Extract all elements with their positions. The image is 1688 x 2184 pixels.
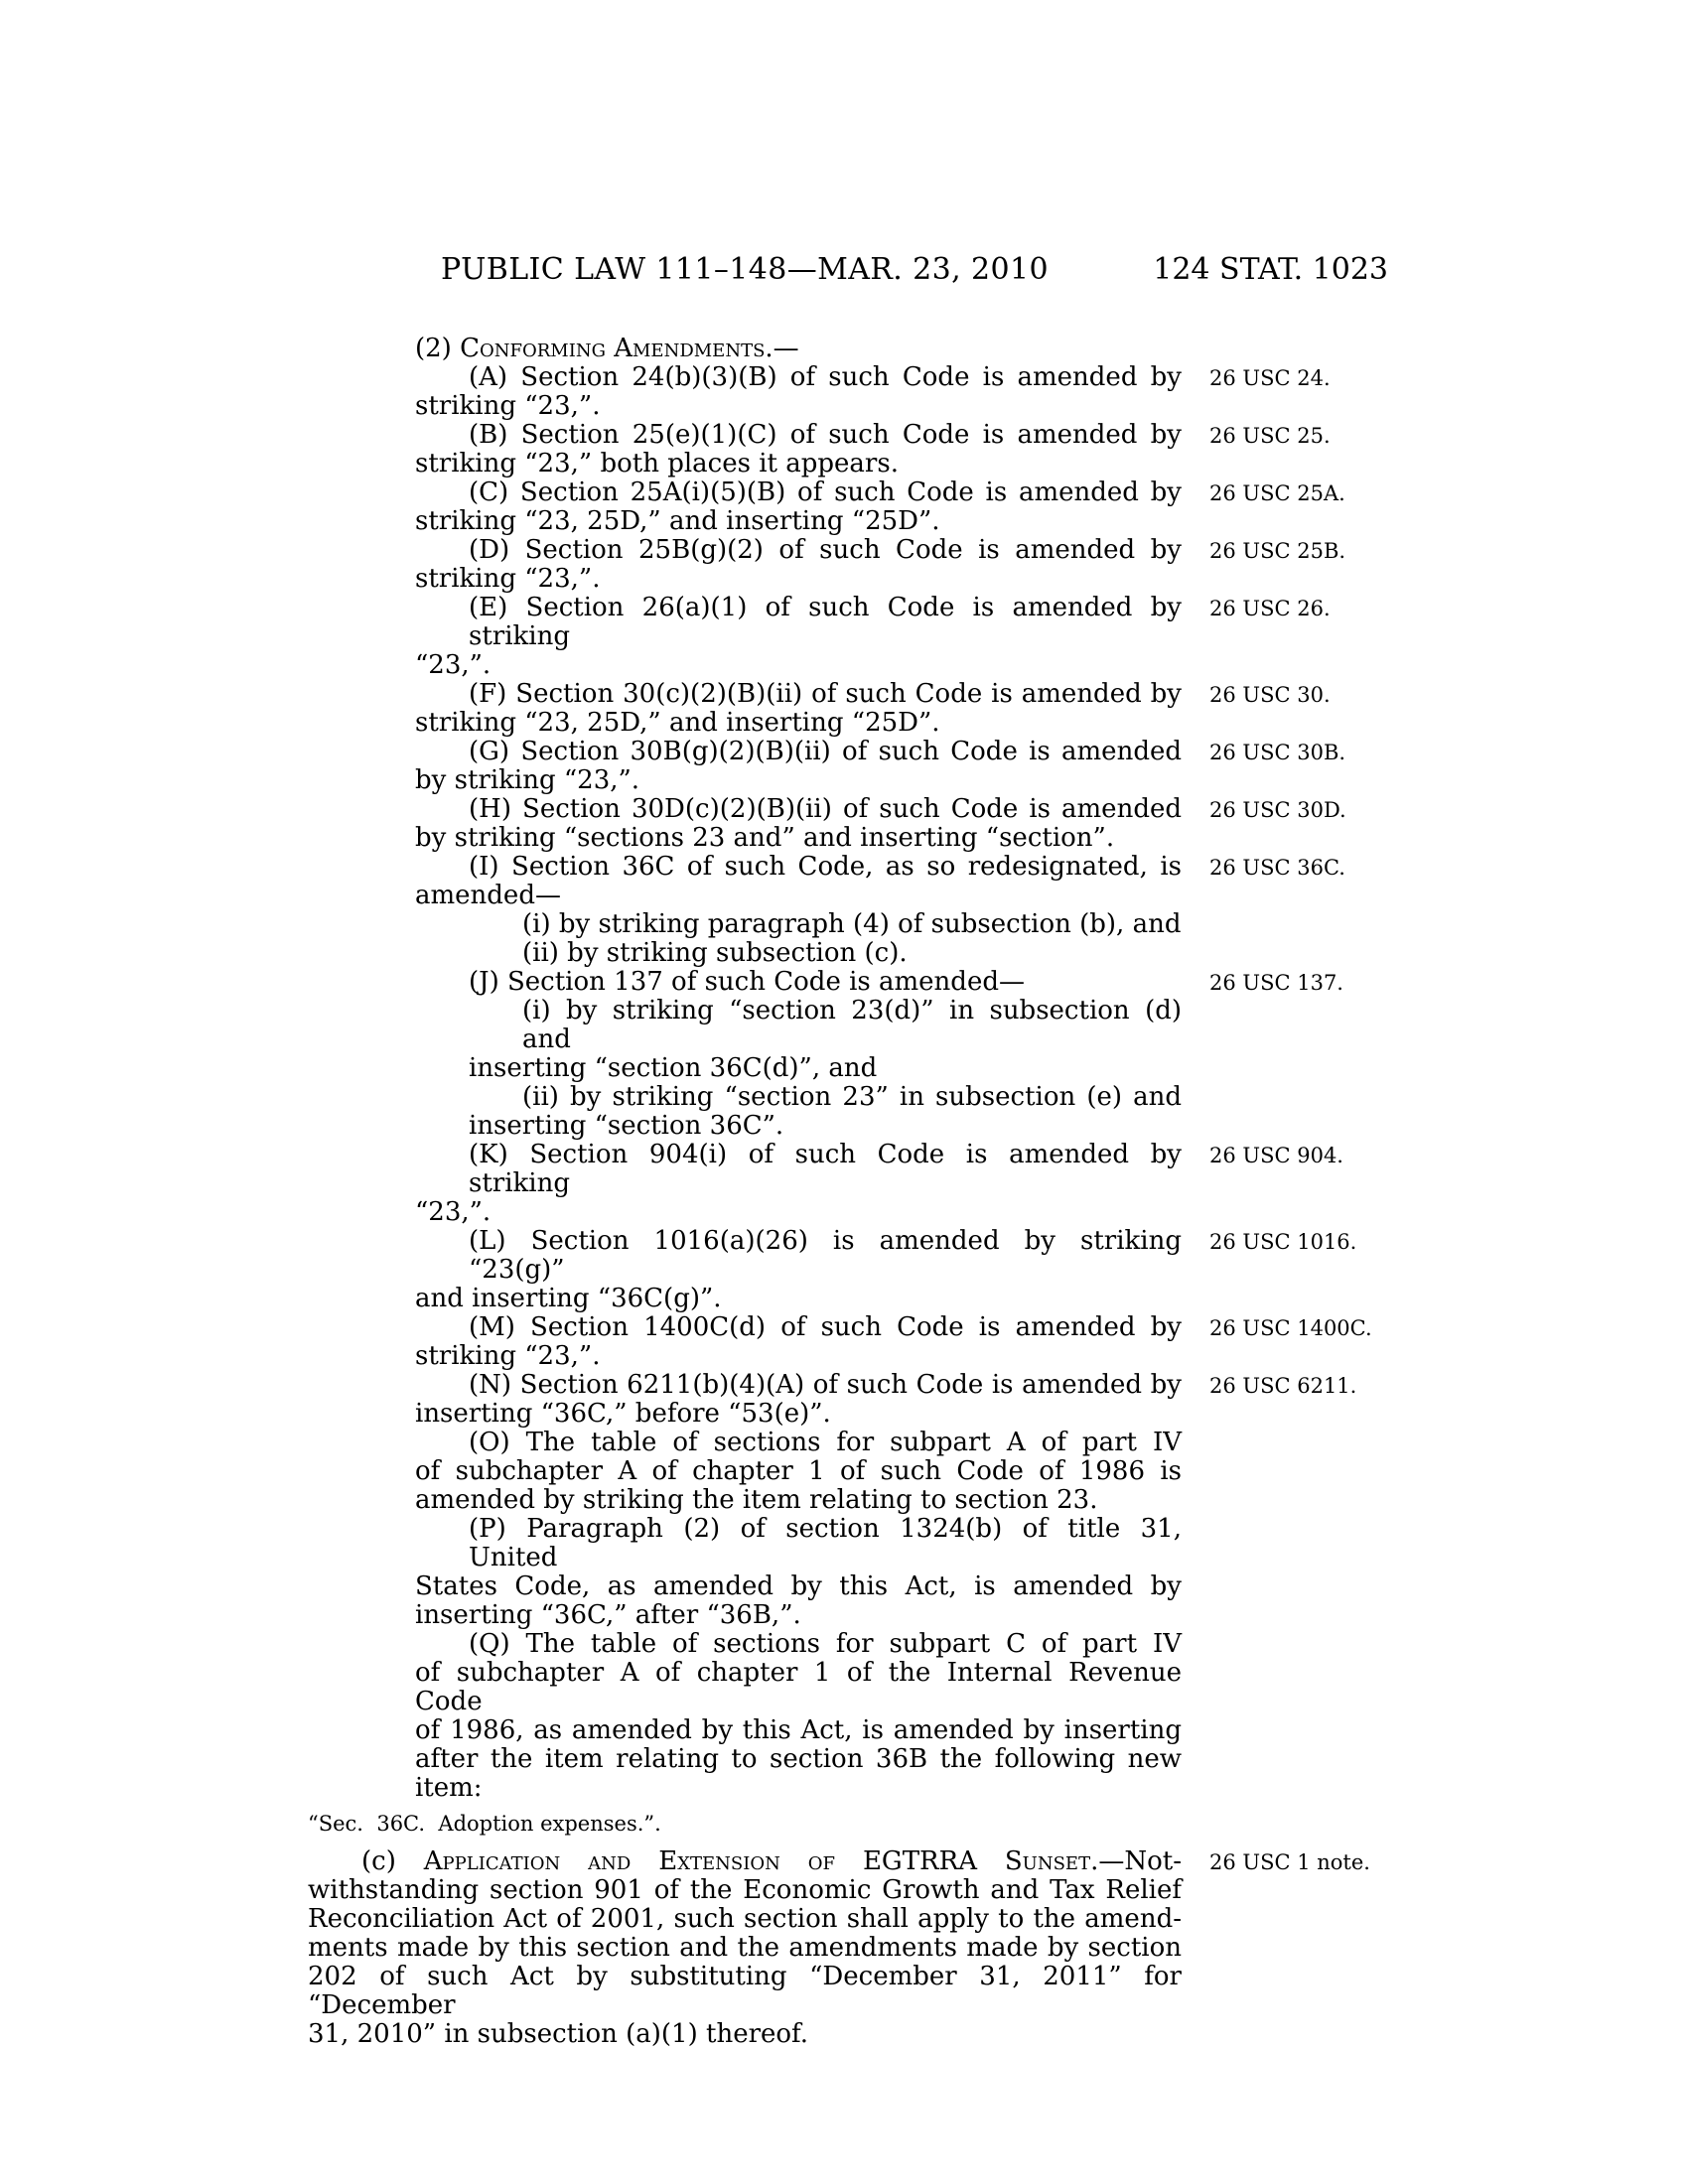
text-run: Reconciliation Act of 2001, such section… bbox=[308, 1904, 1182, 1934]
text-run: of 1986, as amended by this Act, is amen… bbox=[415, 1715, 1182, 1745]
text-run: (2) bbox=[415, 334, 460, 363]
text-run: (c) bbox=[361, 1846, 424, 1876]
margin-note: 26 USC 30. bbox=[1209, 684, 1331, 707]
text-run: by striking “sections 23 and” and insert… bbox=[415, 823, 1114, 853]
margin-note: 26 USC 25B. bbox=[1209, 540, 1345, 563]
text-run: (G) Section 30B(g)(2)(B)(ii) of such Cod… bbox=[469, 737, 1182, 766]
text-line: by striking “sections 23 and” and insert… bbox=[415, 824, 1182, 853]
text-run: (C) Section 25A(i)(5)(B) of such Code is… bbox=[469, 478, 1182, 507]
text-line: inserting “36C,” before “53(e)”. bbox=[415, 1400, 1182, 1429]
text-line: striking “23,”. bbox=[415, 1342, 1182, 1371]
text-run: amended— bbox=[415, 881, 561, 910]
margin-note: 26 USC 25A. bbox=[1209, 482, 1345, 505]
text-run: (H) Section 30D(c)(2)(B)(ii) of such Cod… bbox=[469, 794, 1182, 824]
text-line: striking “23,” both places it appears. bbox=[415, 450, 1182, 478]
text-line: (I) Section 36C of such Code, as so rede… bbox=[469, 853, 1182, 882]
text-line: of 1986, as amended by this Act, is amen… bbox=[415, 1716, 1182, 1745]
text-run: after the item relating to section 36B t… bbox=[415, 1744, 1182, 1774]
text-run: “Sec. 36C. Adoption expenses.”. bbox=[308, 1812, 661, 1836]
text-line: striking “23, 25D,” and inserting “25D”. bbox=[415, 507, 1182, 536]
text-run: “23,”. bbox=[415, 1197, 491, 1227]
margin-note: 26 USC 25. bbox=[1209, 425, 1331, 448]
text-run: (ii) by striking subsection (c). bbox=[522, 938, 908, 968]
text-line: of subchapter A of chapter 1 of the Inte… bbox=[415, 1659, 1182, 1716]
text-run: (P) Paragraph (2) of section 1324(b) of … bbox=[469, 1514, 1182, 1572]
text-run: (B) Section 25(e)(1)(C) of such Code is … bbox=[469, 420, 1182, 450]
text-run: striking “23,”. bbox=[415, 1341, 600, 1371]
text-line: (L) Section 1016(a)(26) is amended by st… bbox=[469, 1227, 1182, 1285]
text-run: (K) Section 904(i) of such Code is amend… bbox=[469, 1140, 1182, 1198]
margin-note: 26 USC 24. bbox=[1209, 367, 1331, 390]
small-caps-run: Conforming Amendments.— bbox=[460, 334, 799, 363]
margin-note: 26 USC 1016. bbox=[1209, 1231, 1356, 1254]
text-line: (C) Section 25A(i)(5)(B) of such Code is… bbox=[469, 478, 1182, 507]
text-run: inserting “36C,” before “53(e)”. bbox=[415, 1399, 831, 1429]
text-line: striking “23, 25D,” and inserting “25D”. bbox=[415, 709, 1182, 738]
text-line: inserting “section 36C(d)”, and bbox=[469, 1054, 1182, 1083]
text-line: (i) by striking paragraph (4) of subsect… bbox=[522, 910, 1182, 939]
text-line: (ii) by striking subsection (c). bbox=[522, 939, 1182, 968]
margin-note: 26 USC 1 note. bbox=[1209, 1851, 1370, 1874]
text-line: (c) Application and Extension of EGTRRA … bbox=[361, 1847, 1182, 1876]
text-line: striking “23,”. bbox=[415, 565, 1182, 594]
text-run: amended by striking the item relating to… bbox=[415, 1485, 1097, 1515]
text-line: ments made by this section and the amend… bbox=[308, 1934, 1182, 1963]
text-line: inserting “36C,” after “36B,”. bbox=[415, 1601, 1182, 1630]
text-run: of subchapter A of chapter 1 of such Cod… bbox=[415, 1456, 1182, 1486]
small-caps-run: Application and Extension of EGTRRA Suns… bbox=[424, 1846, 1125, 1876]
text-run: (i) by striking “section 23(d)” in subse… bbox=[522, 996, 1182, 1054]
text-line: (O) The table of sections for subpart A … bbox=[469, 1429, 1182, 1457]
text-line: (A) Section 24(b)(3)(B) of such Code is … bbox=[469, 363, 1182, 392]
margin-note: 26 USC 6211. bbox=[1209, 1375, 1356, 1398]
text-line: 202 of such Act by substituting “Decembe… bbox=[308, 1963, 1182, 2020]
text-line: after the item relating to section 36B t… bbox=[415, 1745, 1182, 1774]
text-run: ments made by this section and the amend… bbox=[308, 1933, 1182, 1963]
text-run: striking “23, 25D,” and inserting “25D”. bbox=[415, 708, 940, 738]
text-line: (K) Section 904(i) of such Code is amend… bbox=[469, 1141, 1182, 1198]
text-run: (N) Section 6211(b)(4)(A) of such Code i… bbox=[469, 1370, 1182, 1400]
margin-note: 26 USC 904. bbox=[1209, 1145, 1343, 1167]
text-run: (M) Section 1400C(d) of such Code is ame… bbox=[469, 1312, 1182, 1342]
text-run: (F) Section 30(c)(2)(B)(ii) of such Code… bbox=[469, 679, 1182, 709]
text-line: amended by striking the item relating to… bbox=[415, 1486, 1182, 1515]
text-run: (A) Section 24(b)(3)(B) of such Code is … bbox=[469, 362, 1182, 392]
text-line: (G) Section 30B(g)(2)(B)(ii) of such Cod… bbox=[469, 738, 1182, 766]
text-line: striking “23,”. bbox=[415, 392, 1182, 421]
text-run: item: bbox=[415, 1773, 483, 1803]
text-line: of subchapter A of chapter 1 of such Cod… bbox=[415, 1457, 1182, 1486]
text-run: by striking “23,”. bbox=[415, 765, 639, 795]
text-line: “23,”. bbox=[415, 1198, 1182, 1227]
text-run: Not- bbox=[1124, 1846, 1182, 1876]
text-line: (N) Section 6211(b)(4)(A) of such Code i… bbox=[469, 1371, 1182, 1400]
text-line: (i) by striking “section 23(d)” in subse… bbox=[522, 997, 1182, 1054]
text-line: (E) Section 26(a)(1) of such Code is ame… bbox=[469, 594, 1182, 651]
text-line: (F) Section 30(c)(2)(B)(ii) of such Code… bbox=[469, 680, 1182, 709]
text-line: (2) Conforming Amendments.— bbox=[415, 335, 1182, 363]
text-line: (B) Section 25(e)(1)(C) of such Code is … bbox=[469, 421, 1182, 450]
text-run: withstanding section 901 of the Economic… bbox=[308, 1875, 1182, 1905]
text-line: (ii) by striking “section 23” in subsect… bbox=[522, 1083, 1182, 1112]
margin-note: 26 USC 36C. bbox=[1209, 857, 1345, 880]
text-line: (M) Section 1400C(d) of such Code is ame… bbox=[469, 1313, 1182, 1342]
text-run: 31, 2010” in subsection (a)(1) thereof. bbox=[308, 2019, 808, 2049]
text-run: striking “23,” both places it appears. bbox=[415, 449, 899, 478]
text-line: States Code, as amended by this Act, is … bbox=[415, 1572, 1182, 1601]
text-line: amended— bbox=[415, 882, 1182, 910]
text-run: inserting “section 36C”. bbox=[469, 1111, 783, 1141]
header-law-number: PUBLIC LAW 111–148—MAR. 23, 2010 bbox=[308, 254, 1182, 286]
margin-note: 26 USC 26. bbox=[1209, 598, 1331, 620]
text-run: striking “23,”. bbox=[415, 564, 600, 594]
margin-note: 26 USC 1400C. bbox=[1209, 1317, 1372, 1340]
text-line: (D) Section 25B(g)(2) of such Code is am… bbox=[469, 536, 1182, 565]
text-run: (L) Section 1016(a)(26) is amended by st… bbox=[469, 1226, 1182, 1285]
text-run: striking “23, 25D,” and inserting “25D”. bbox=[415, 506, 940, 536]
text-run: (Q) The table of sections for subpart C … bbox=[469, 1629, 1182, 1659]
text-line: withstanding section 901 of the Economic… bbox=[308, 1876, 1182, 1905]
text-run: inserting “section 36C(d)”, and bbox=[469, 1053, 877, 1083]
text-run: (J) Section 137 of such Code is amended— bbox=[469, 967, 1025, 997]
text-line: inserting “section 36C”. bbox=[469, 1112, 1182, 1141]
statute-page: PUBLIC LAW 111–148—MAR. 23, 2010 124 STA… bbox=[0, 0, 1688, 2184]
text-line: 31, 2010” in subsection (a)(1) thereof. bbox=[308, 2020, 1182, 2049]
text-run: States Code, as amended by this Act, is … bbox=[415, 1571, 1182, 1601]
text-line: (H) Section 30D(c)(2)(B)(ii) of such Cod… bbox=[469, 795, 1182, 824]
header-stat-page-number: 124 STAT. 1023 bbox=[1142, 254, 1388, 286]
text-line: “23,”. bbox=[415, 651, 1182, 680]
text-run: (E) Section 26(a)(1) of such Code is ame… bbox=[469, 593, 1182, 651]
toc-entry-line: “Sec. 36C. Adoption expenses.”. bbox=[308, 1812, 1182, 1836]
text-run: 202 of such Act by substituting “Decembe… bbox=[308, 1962, 1182, 2020]
text-run: of subchapter A of chapter 1 of the Inte… bbox=[415, 1658, 1182, 1716]
text-run: striking “23,”. bbox=[415, 391, 600, 421]
margin-note: 26 USC 137. bbox=[1209, 972, 1343, 995]
text-line: item: bbox=[415, 1774, 1182, 1803]
text-run: and inserting “36C(g)”. bbox=[415, 1284, 722, 1313]
text-run: (I) Section 36C of such Code, as so rede… bbox=[469, 852, 1182, 882]
margin-note: 26 USC 30D. bbox=[1209, 799, 1346, 822]
statute-body: (2) Conforming Amendments.—(A) Section 2… bbox=[308, 335, 1182, 2049]
text-run: (ii) by striking “section 23” in subsect… bbox=[522, 1082, 1182, 1112]
text-run: (D) Section 25B(g)(2) of such Code is am… bbox=[469, 535, 1182, 565]
text-line: (J) Section 137 of such Code is amended—… bbox=[469, 968, 1182, 997]
text-line: Reconciliation Act of 2001, such section… bbox=[308, 1905, 1182, 1934]
text-line: and inserting “36C(g)”. bbox=[415, 1285, 1182, 1313]
text-line: (Q) The table of sections for subpart C … bbox=[469, 1630, 1182, 1659]
text-line: (P) Paragraph (2) of section 1324(b) of … bbox=[469, 1515, 1182, 1572]
text-line: by striking “23,”. bbox=[415, 766, 1182, 795]
text-run: “23,”. bbox=[415, 650, 491, 680]
text-run: (i) by striking paragraph (4) of subsect… bbox=[522, 909, 1181, 939]
margin-note: 26 USC 30B. bbox=[1209, 742, 1345, 764]
text-run: inserting “36C,” after “36B,”. bbox=[415, 1600, 801, 1630]
text-run: (O) The table of sections for subpart A … bbox=[469, 1428, 1182, 1457]
